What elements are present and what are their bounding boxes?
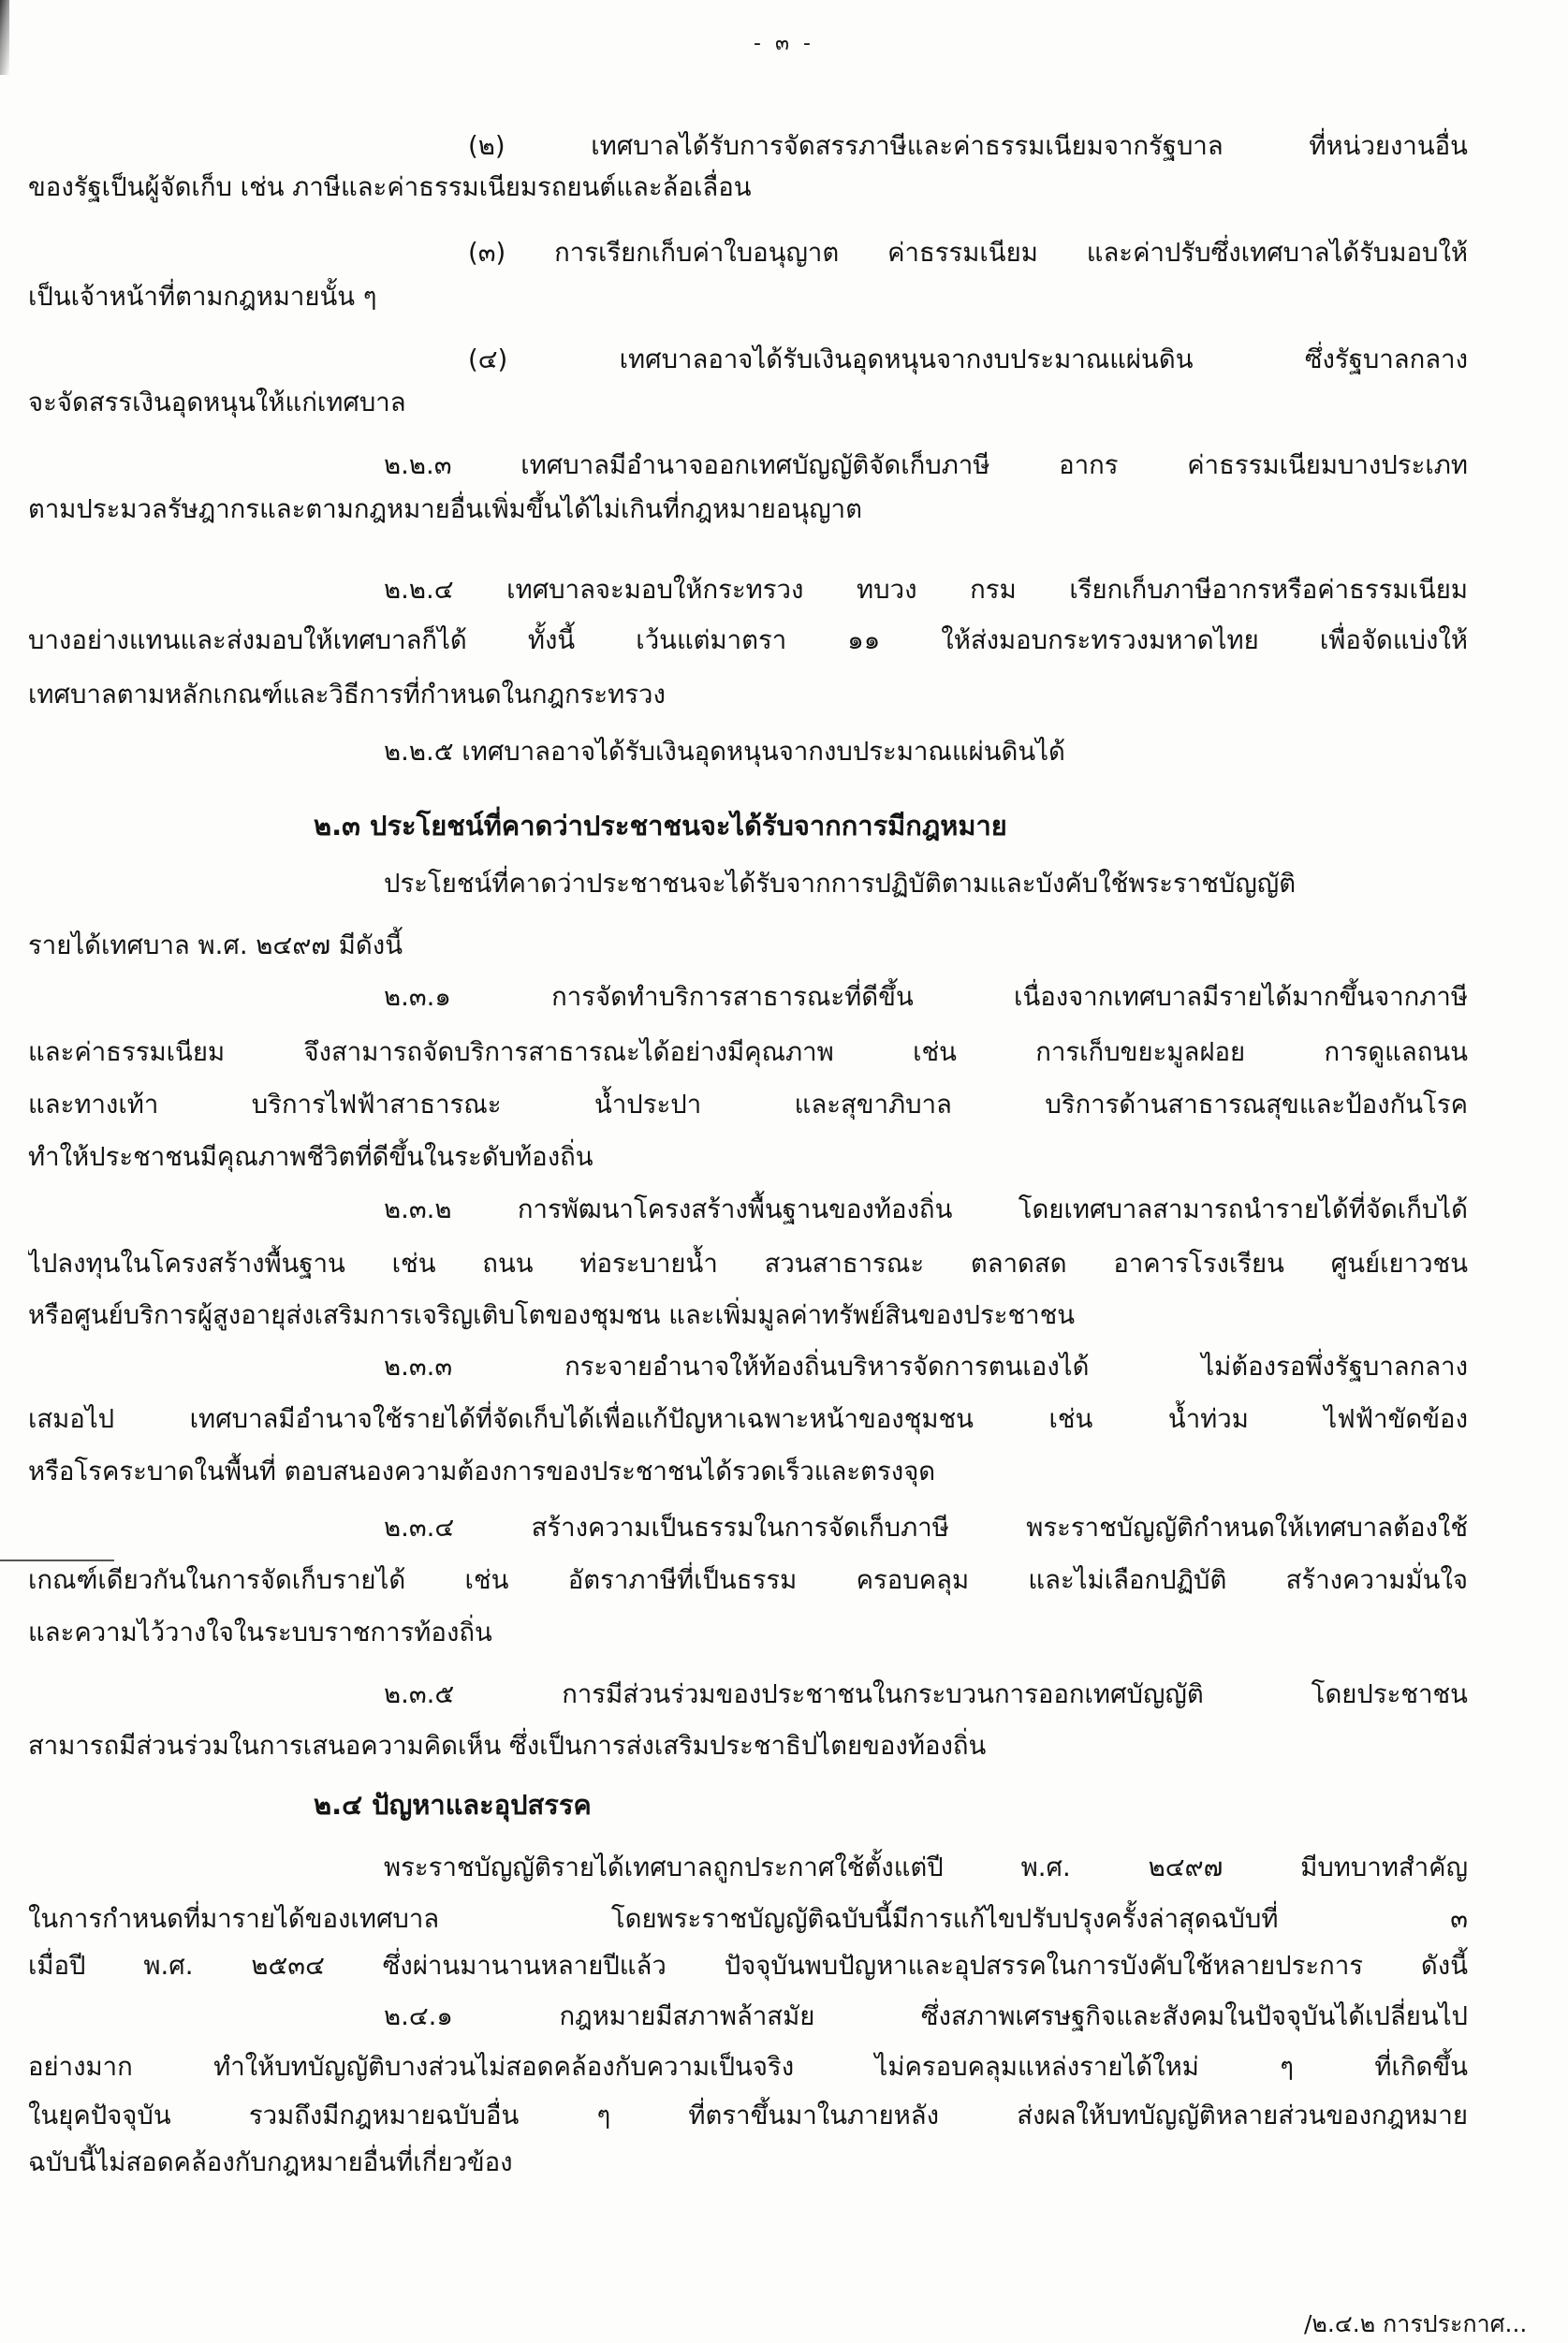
text-line: เกณฑ์เดียวกันในการจัดเก็บรายได้ เช่น อัต… bbox=[28, 1561, 1468, 1599]
text-line: ๒.๓.๒ การพัฒนาโครงสร้างพื้นฐานของท้องถิ่… bbox=[384, 1191, 1468, 1228]
text-line: (๔) เทศบาลอาจได้รับเงินอุดหนุนจากงบประมา… bbox=[468, 341, 1468, 378]
continuation-reference: /๒.๔.๒ การประกาศ... bbox=[1304, 2306, 1527, 2343]
text-line: สามารถมีส่วนร่วมในการเสนอความคิดเห็น ซึ่… bbox=[28, 1727, 986, 1765]
text-line: ตามประมวลรัษฎากรและตามกฎหมายอื่นเพิ่มขึ้… bbox=[28, 491, 862, 528]
text-line: บางอย่างแทนและส่งมอบให้เทศบาลก็ได้ ทั้งน… bbox=[28, 622, 1468, 659]
text-line: ๒.๒.๕ เทศบาลอาจได้รับเงินอุดหนุนจากงบประ… bbox=[384, 733, 1065, 770]
text-line: และความไว้วางใจในระบบราชการท้องถิ่น bbox=[28, 1614, 492, 1651]
text-line: ๒.๒.๓ เทศบาลมีอำนาจออกเทศบัญญัติจัดเก็บภ… bbox=[384, 447, 1468, 484]
section-heading: ๒.๔ ปัญหาและอุปสรรค bbox=[314, 1786, 592, 1823]
text-line: ๒.๔.๑ กฎหมายมีสภาพล้าสมัย ซึ่งสภาพเศรษฐก… bbox=[384, 1998, 1468, 2035]
text-line: หรือโรคระบาดในพื้นที่ ตอบสนองความต้องการ… bbox=[28, 1453, 935, 1490]
text-line: รายได้เทศบาล พ.ศ. ๒๔๙๗ มีดังนี้ bbox=[28, 927, 403, 964]
text-line: ประโยชน์ที่คาดว่าประชาชนจะได้รับจากการปฏ… bbox=[384, 865, 1468, 902]
text-line: พระราชบัญญัติรายได้เทศบาลถูกประกาศใช้ตั้… bbox=[384, 1849, 1468, 1886]
text-line: เทศบาลตามหลักเกณฑ์และวิธีการที่กำหนดในกฎ… bbox=[28, 676, 666, 713]
text-line: อย่างมาก ทำให้บทบัญญัติบางส่วนไม่สอดคล้อ… bbox=[28, 2048, 1468, 2086]
text-line: ๒.๓.๓ กระจายอำนาจให้ท้องถิ่นบริหารจัดการ… bbox=[384, 1348, 1468, 1385]
text-line: ๒.๓.๔ สร้างความเป็นธรรมในการจัดเก็บภาษี … bbox=[384, 1509, 1468, 1546]
section-heading: ๒.๓ ประโยชน์ที่คาดว่าประชาชนจะได้รับจากก… bbox=[314, 807, 1007, 844]
text-line: หรือศูนย์บริการผู้สูงอายุส่งเสริมการเจริ… bbox=[28, 1296, 1075, 1334]
text-line: และค่าธรรมเนียม จึงสามารถจัดบริการสาธารณ… bbox=[28, 1033, 1468, 1071]
text-line: เป็นเจ้าหน้าที่ตามกฎหมายนั้น ๆ bbox=[28, 278, 377, 315]
text-line: (๓) การเรียกเก็บค่าใบอนุญาต ค่าธรรมเนียม… bbox=[468, 234, 1468, 271]
text-line: ไปลงทุนในโครงสร้างพื้นฐาน เช่น ถนน ท่อระ… bbox=[28, 1245, 1468, 1282]
text-line: ในการกำหนดที่มารายได้ของเทศบาล โดยพระราช… bbox=[28, 1900, 1468, 1938]
text-line: ทำให้ประชาชนมีคุณภาพชีวิตที่ดีขึ้นในระดั… bbox=[28, 1138, 593, 1176]
text-line: ๒.๓.๕ การมีส่วนร่วมของประชาชนในกระบวนการ… bbox=[384, 1676, 1468, 1713]
text-line: ๒.๓.๑ การจัดทำบริการสาธารณะที่ดีขึ้น เนื… bbox=[384, 978, 1468, 1016]
text-line: ของรัฐเป็นผู้จัดเก็บ เช่น ภาษีและค่าธรรม… bbox=[28, 168, 752, 206]
text-line: ๒.๒.๔ เทศบาลจะมอบให้กระทรวง ทบวง กรม เรี… bbox=[384, 571, 1468, 608]
text-line: (๒) เทศบาลได้รับการจัดสรรภาษีและค่าธรรมเ… bbox=[468, 127, 1468, 165]
text-line: จะจัดสรรเงินอุดหนุนให้แก่เทศบาล bbox=[28, 384, 406, 421]
text-line: และทางเท้า บริการไฟฟ้าสาธารณะ น้ำประปา แ… bbox=[28, 1086, 1468, 1123]
text-line: เมื่อปี พ.ศ. ๒๕๓๔ ซึ่งผ่านมานานหลายปีแล้… bbox=[28, 1947, 1468, 1984]
text-line: ในยุคปัจจุบัน รวมถึงมีกฎหมายฉบับอื่น ๆ ท… bbox=[28, 2097, 1468, 2134]
text-line: เสมอไป เทศบาลมีอำนาจใช้รายได้ที่จัดเก็บไ… bbox=[28, 1400, 1468, 1438]
text-line: ฉบับนี้ไม่สอดคล้องกับกฎหมายอื่นที่เกี่ยว… bbox=[28, 2144, 513, 2181]
page-number: - ๓ - bbox=[0, 26, 1568, 59]
